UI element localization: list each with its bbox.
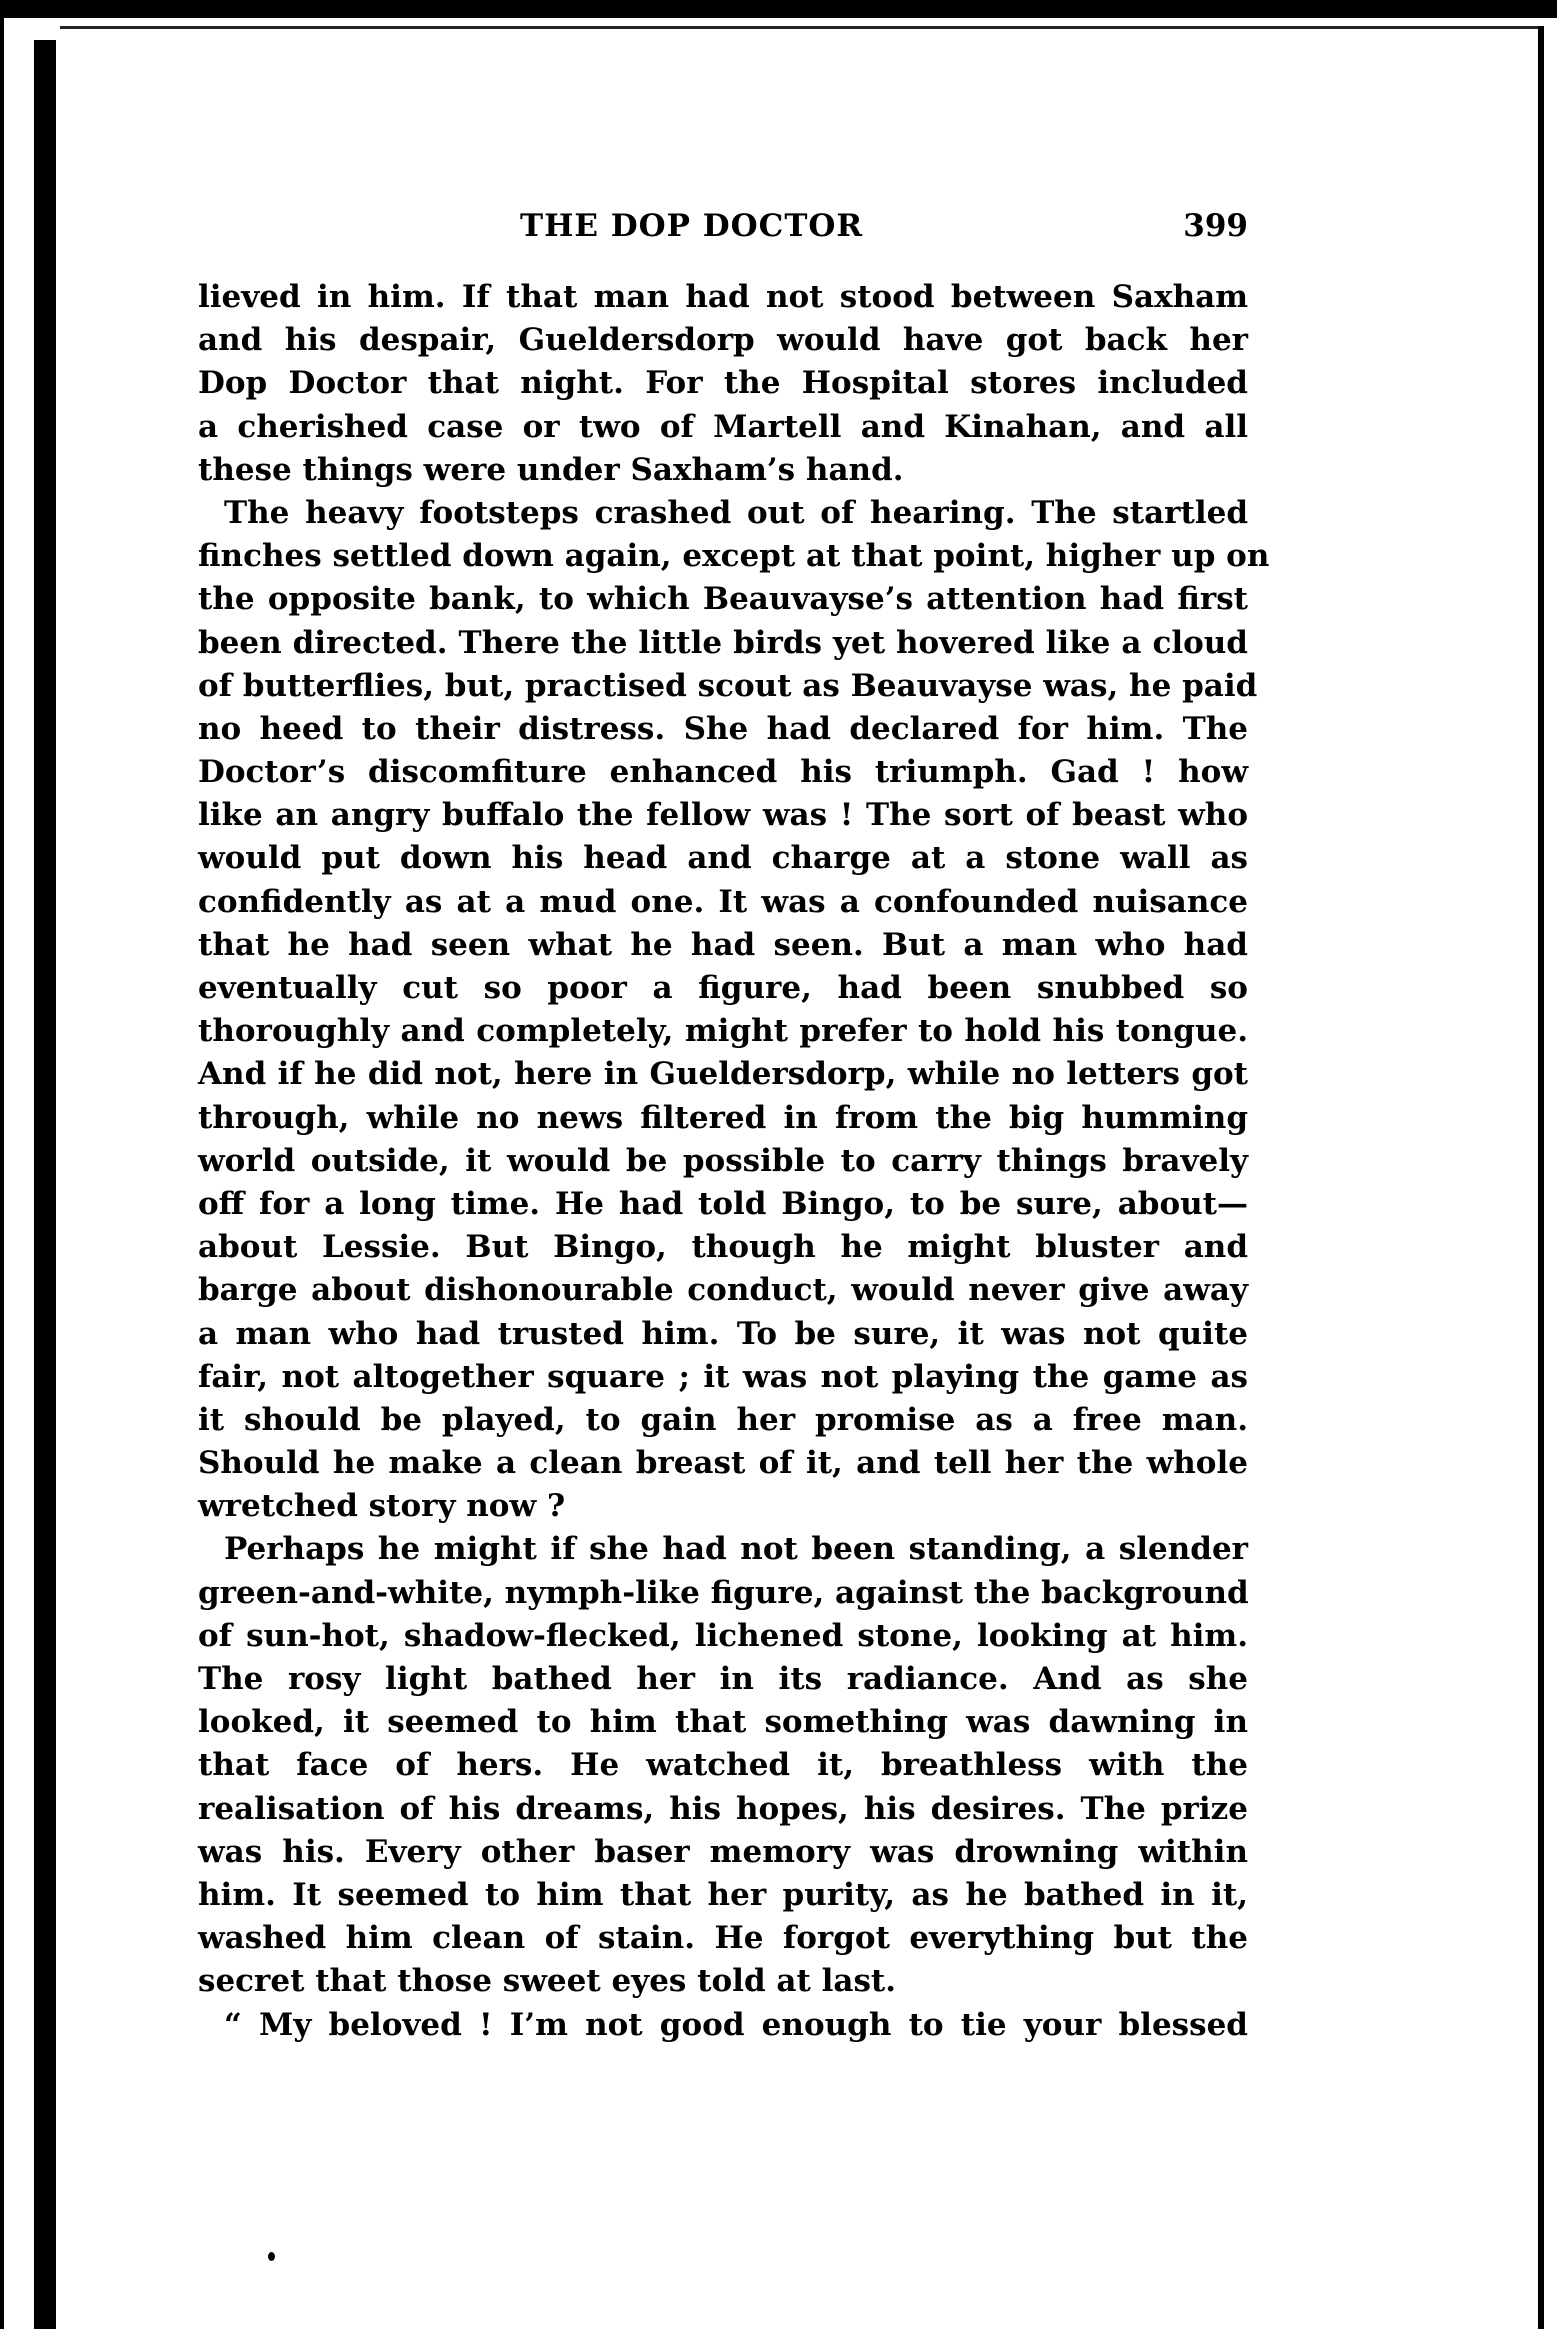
running-title: THE DOP DOCTOR (520, 208, 863, 244)
text-line: secret that those sweet eyes told at las… (198, 1960, 1248, 2003)
text-line: no heed to their distress. She had decla… (198, 708, 1248, 751)
scan-left-edge (0, 0, 4, 2329)
text-line: thoroughly and completely, might prefer … (198, 1010, 1248, 1053)
text-line: like an angry buffalo the fellow was ! T… (198, 794, 1248, 837)
body-text: lieved in him. If that man had not stood… (198, 276, 1248, 2047)
book-binding-shadow (34, 40, 56, 2329)
text-line: through, while no news filtered in from … (198, 1097, 1248, 1140)
text-line: eventually cut so poor a figure, had bee… (198, 967, 1248, 1010)
page-number: 399 (1183, 208, 1248, 244)
text-line: finches settled down again, except at th… (198, 535, 1248, 578)
text-line: washed him clean of stain. He forgot eve… (198, 1917, 1248, 1960)
text-line: about Lessie. But Bingo, though he might… (198, 1226, 1248, 1269)
text-line: Perhaps he might if she had not been sta… (198, 1528, 1248, 1571)
text-line: Dop Doctor that night. For the Hospital … (198, 362, 1248, 405)
scan-top-border (0, 0, 1557, 18)
text-line: was his. Every other baser memory was dr… (198, 1831, 1248, 1874)
text-line: and his despair, Gueldersdorp would have… (198, 319, 1248, 362)
text-line: of butterflies, but, practised scout as … (198, 665, 1248, 708)
text-line: the opposite bank, to which Beauvayse’s … (198, 578, 1248, 621)
text-line: And if he did not, here in Gueldersdorp,… (198, 1053, 1248, 1096)
text-line: these things were under Saxham’s hand. (198, 449, 1248, 492)
text-line: it should be played, to gain her promise… (198, 1399, 1248, 1442)
text-line: confidently as at a mud one. It was a co… (198, 881, 1248, 924)
text-line: “ My beloved ! I’m not good enough to ti… (198, 2004, 1248, 2047)
ink-speck (268, 2252, 275, 2261)
text-line: green-and-white, nymph-like figure, agai… (198, 1572, 1248, 1615)
text-line: Doctor’s discomfiture enhanced his trium… (198, 751, 1248, 794)
text-line: lieved in him. If that man had not stood… (198, 276, 1248, 319)
text-line: fair, not altogether square ; it was not… (198, 1356, 1248, 1399)
text-line: Should he make a clean breast of it, and… (198, 1442, 1248, 1485)
text-line: off for a long time. He had told Bingo, … (198, 1183, 1248, 1226)
page-header: THE DOP DOCTOR 399 (198, 208, 1248, 252)
text-line: a man who had trusted him. To be sure, i… (198, 1313, 1248, 1356)
text-line: The rosy light bathed her in its radianc… (198, 1658, 1248, 1701)
page-top-edge (60, 26, 1540, 29)
text-line: that he had seen what he had seen. But a… (198, 924, 1248, 967)
text-line: The heavy footsteps crashed out of heari… (198, 492, 1248, 535)
text-line: barge about dishonourable conduct, would… (198, 1269, 1248, 1312)
text-line: of sun-hot, shadow-flecked, lichened sto… (198, 1615, 1248, 1658)
page-right-edge (1538, 26, 1544, 2329)
text-line: wretched story now ? (198, 1485, 1248, 1528)
text-line: world outside, it would be possible to c… (198, 1140, 1248, 1183)
text-line: been directed. There the little birds ye… (198, 622, 1248, 665)
text-line: looked, it seemed to him that something … (198, 1701, 1248, 1744)
text-line: him. It seemed to him that her purity, a… (198, 1874, 1248, 1917)
text-line: that face of hers. He watched it, breath… (198, 1744, 1248, 1787)
text-line: realisation of his dreams, his hopes, hi… (198, 1788, 1248, 1831)
text-line: would put down his head and charge at a … (198, 837, 1248, 880)
text-line: a cherished case or two of Martell and K… (198, 406, 1248, 449)
